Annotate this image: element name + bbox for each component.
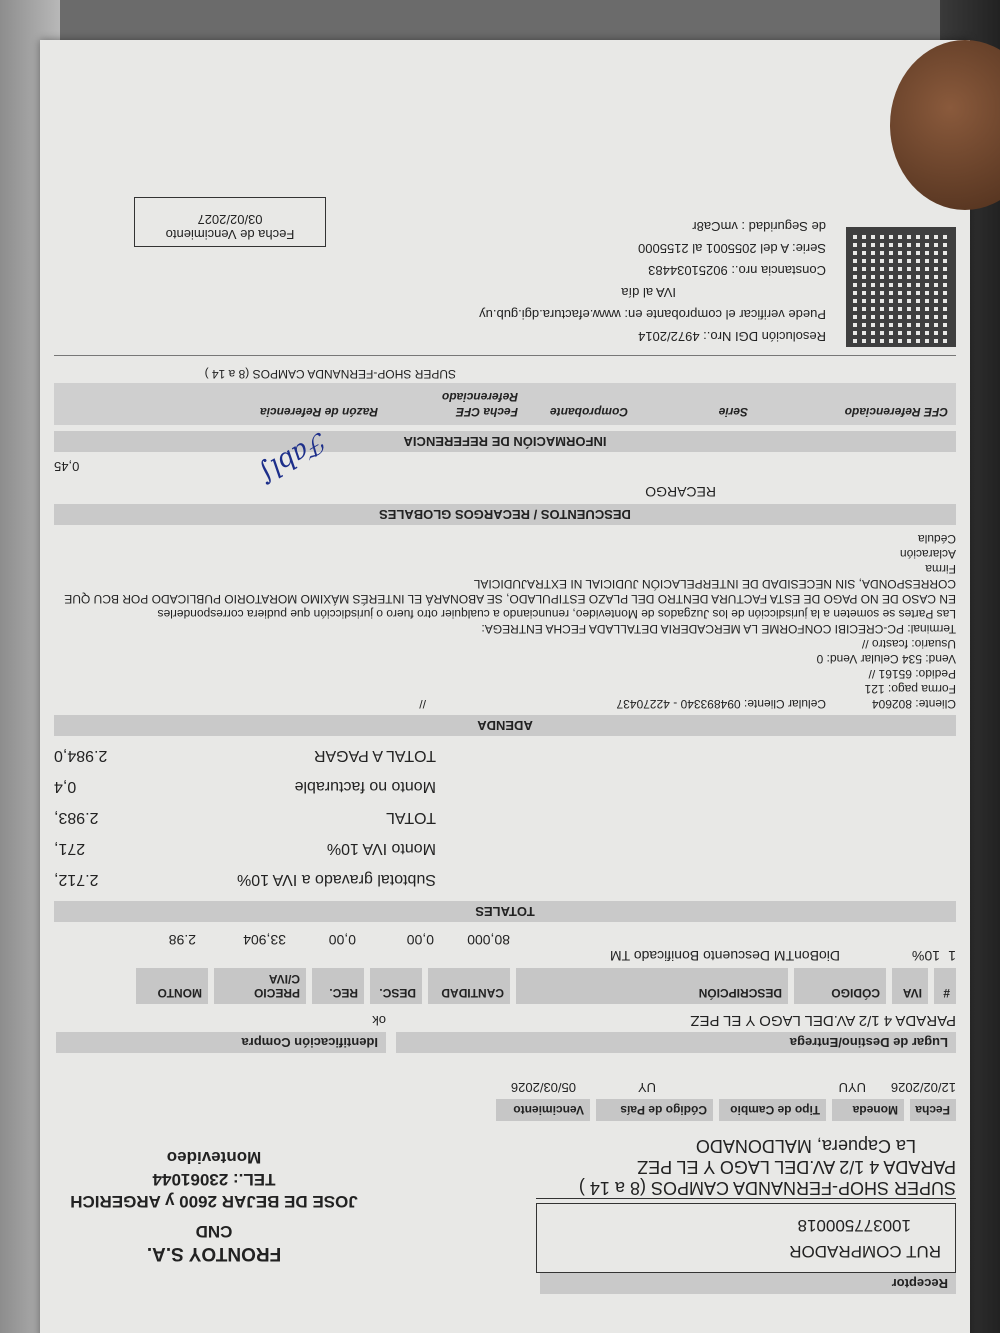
item-discount: 0,00 [356,932,434,964]
item-code [840,932,900,964]
col-cantidad: CANTIDAD [428,968,510,1004]
pais-value: UY [576,1079,696,1095]
referencia-header: INFORMACIÓN DE REFERENCIA [54,431,956,452]
col-razon: Razón de Referencia [260,389,378,419]
item-num: 1 [940,932,956,964]
aclaracion-label: Aclaración [54,546,956,561]
no-facturable-label: Monto no facturable [201,771,436,802]
col-iva: IVA [892,968,928,1004]
issuer-name: FRONTOY S.A. [54,1242,374,1264]
item-amount: 2.98 [136,932,196,964]
col-codigo-pais: Código de País [596,1099,713,1121]
items-header: # IVA CÓDIGO DESCRIPCIÓN CANTIDAD DESC. … [54,968,956,1004]
vencimiento-value: 03/02/2027 [145,212,315,227]
legal-jurisdiccion: Las Partes se someten a la jurisdicción … [76,606,956,621]
col-descripcion: DESCRIPCIÓN [516,968,788,1004]
table-row: 1 10% DioBonTM Descuento Bonificado TM 8… [54,932,956,964]
col-fecha: Fecha [910,1099,956,1121]
cedula-label: Cédula [54,531,956,546]
receptor-city: La Capuera, MALDONADO [536,1135,956,1156]
item-description: DioBonTM Descuento Bonificado TM [510,932,840,964]
referencia-columns: CFE Referenciado Serie Comprobante Fecha… [54,383,956,425]
cliente: Cliente: 802604 [826,696,956,711]
col-serie: Serie [628,389,808,419]
totales-header: TOTALES [54,901,956,922]
pedido: Pedido: 65161 // [54,666,956,681]
constancia: Constancia nro.: 90251034483 [386,259,826,281]
moneda-value: UYU [796,1079,876,1095]
qr-code [846,227,956,347]
vencimiento-label: Fecha de Vencimiento [145,227,315,242]
identificacion-header: Identificación Compra [56,1032,386,1053]
issuer-sub: CND [54,1220,374,1242]
adenda-header: ADENDA [54,715,956,736]
item-qty: 80,000 [434,932,510,964]
celular-cliente: Celular Cliente: 094893340 - 42270437 [426,696,826,711]
recargo-label: RECARGO [54,484,956,500]
item-recargo: 0,00 [286,932,356,964]
rut-box: RUT COMPRADOR 100377500018 [536,1203,956,1273]
col-codigo: CÓDIGO [794,968,886,1004]
legal-mora: EN CASO DE NO PAGO DE ESTA FACTURA DENTR… [56,576,956,606]
referencia-value: SUPER SHOP-FERNANDA CAMPOS (8 a 14 ) [54,366,956,381]
forma-pago: Forma pago: 121 [54,681,956,696]
terminal: Terminal: PC-CRECIBI CONFORME LA MERCADE… [54,621,956,636]
subtotal-label: Subtotal gravado a IVA 10% [201,864,436,895]
rut-label: RUT COMPRADOR [551,1238,941,1264]
issuer-address: JOSE DE BEJAR 2600 y ARGERICH [54,1190,374,1212]
subtotal-value: 2.712, [54,864,201,895]
rut-value: 100377500018 [551,1212,941,1238]
destino-header: Lugar de Destino/Entrega [396,1032,956,1053]
issuer-tel: TEL.: 23061044 [54,1168,374,1190]
issuer-city: Montevideo [54,1146,374,1168]
descuentos-header: DESCUENTOS / RECARGOS GLOBALES [54,504,956,525]
invoice-paper: Receptor RUT COMPRADOR 100377500018 SUPE… [40,40,970,1333]
col-num: # [934,968,956,1004]
codigo-seguridad: de Seguridad : vmCa8r [386,215,826,237]
totals-block: Subtotal gravado a IVA 10%2.712, Monto I… [54,740,436,895]
resolucion-dgi: Resolución DGI Nro.: 4972/2014 [386,325,826,347]
col-fecha-cfe: Fecha CFE Referenciado [378,389,518,419]
receptor-address: PARADA 4 1/2 AV.DEL LAGO Y EL PEZ [536,1156,956,1177]
item-iva: 10% [900,932,940,964]
receptor-header: Receptor [540,1273,956,1294]
adenda-block: Cliente: 802604Celular Cliente: 09489334… [54,531,956,711]
usuario: Usuario: fcastro // [54,636,956,651]
col-comprobante: Comprobante [518,389,628,419]
destino-value: PARADA 4 1/2 AV.DEL LAGO Y EL PEZ [396,1012,956,1028]
total-pagar-label: TOTAL A PAGAR [201,740,436,771]
total-value: 2.983, [54,802,201,833]
item-price: 33,904 [196,932,286,964]
col-cfe-ref: CFE Referenciado [808,389,948,419]
col-vencimiento: Vencimiento [496,1099,590,1121]
recargo-value: 0,45 [54,458,79,474]
col-monto: MONTO [136,968,208,1004]
col-desc: DESC. [370,968,422,1004]
total-label: TOTAL [201,802,436,833]
vendedor: Vend: 534 Celular Vend: 0 [54,651,956,666]
no-facturable-value: 0,4 [54,771,201,802]
col-rec: REC. [312,968,364,1004]
col-tipo-cambio: Tipo de Cambio [719,1099,826,1121]
iva-value: 271, [54,833,201,864]
firma-label: Firma [54,561,956,576]
separator: // [419,696,426,711]
header-table: Fecha Moneda Tipo de Cambio Código de Pa… [54,1099,956,1121]
tipo-cambio-value [696,1079,796,1095]
total-pagar-value: 2.984,0 [54,740,201,771]
vencimiento-box: Fecha de Vencimiento 03/02/2027 [134,197,326,247]
col-moneda: Moneda [832,1099,904,1121]
serie-rango: Serie: A del 2055001 al 2155000 [386,237,826,259]
iva-label: Monto IVA 10% [201,833,436,864]
verificar-link[interactable]: Puede verificar el comprobante en: www.e… [386,303,826,325]
identificacion-value: ok [56,1012,386,1028]
iva-al-dia: IVA al día [386,281,826,303]
vencimiento-value: 05/03/2026 [486,1079,576,1095]
receptor-name: SUPER SHOP-FERNANDA CAMPOS (8 a 14 ) [536,1177,956,1199]
fecha-value: 12/02/2026 [876,1079,956,1095]
col-precio: PRECIO C/IVA [214,968,306,1004]
